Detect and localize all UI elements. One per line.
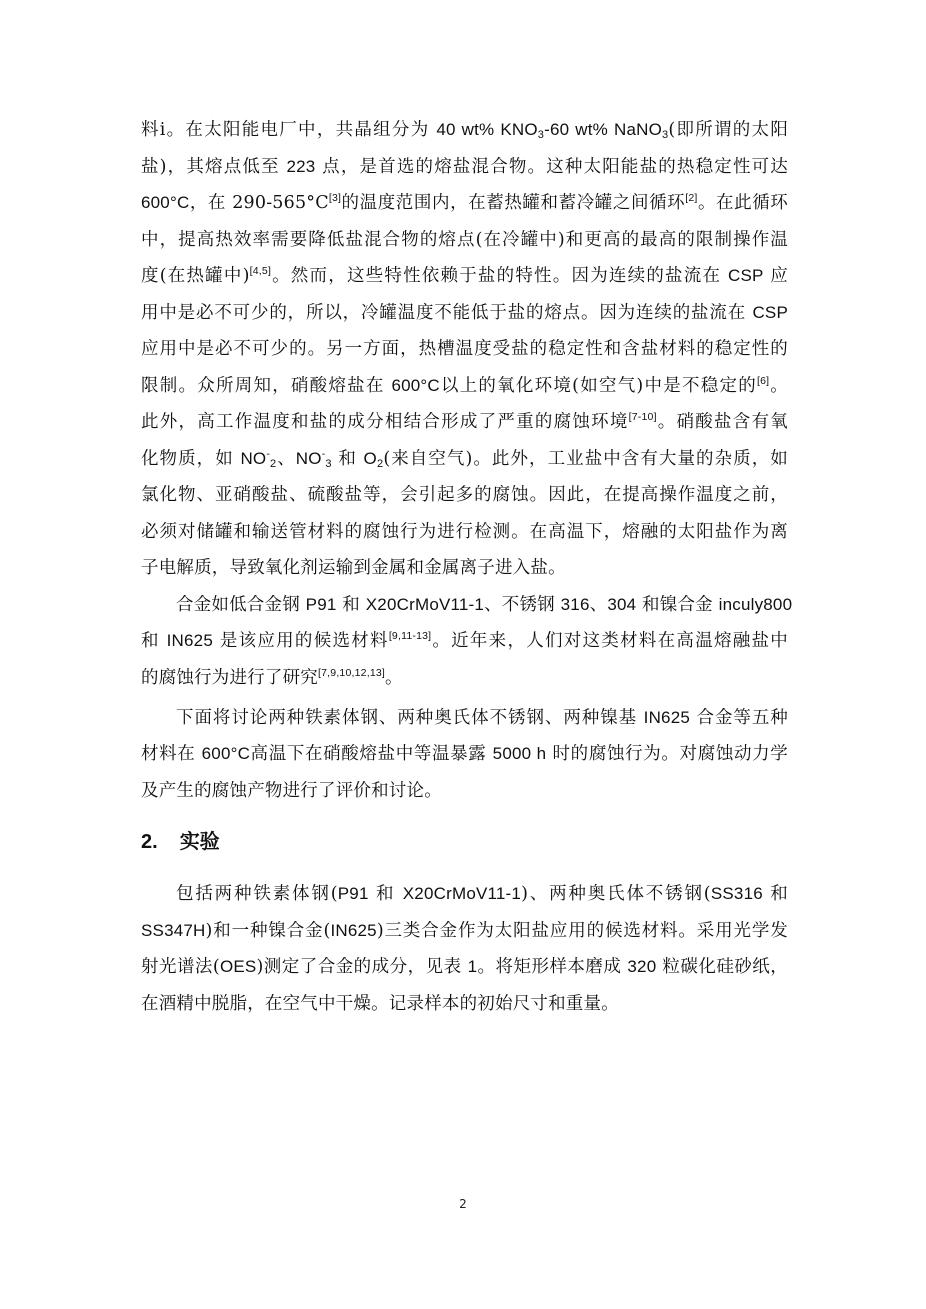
document-page: 料i。在太阳能电厂中，共晶组分为 40 wt% KNO3-60 wt% NaNO…: [0, 0, 926, 1309]
text-line: 限制。众所周知，硝酸熔盐在 600°C以上的氧化环境(如空气)中是不稳定的[6]…: [141, 371, 788, 401]
text-line: 料i。在太阳能电厂中，共晶组分为 40 wt% KNO3-60 wt% NaNO…: [141, 115, 788, 145]
text-line: 600°C，在 290-565°C[3]的温度范围内，在蓄热罐和蓄冷罐之间循环[…: [141, 188, 788, 218]
text-line: 度(在热罐中)[4,5]。然而，这些特性依赖于盐的特性。因为连续的盐流在 CSP…: [141, 261, 788, 291]
text-line: 此外，高工作温度和盐的成分相结合形成了严重的腐蚀环境[7-10]。硝酸盐含有氧: [141, 407, 788, 437]
text-line: 必须对储罐和输送管材料的腐蚀行为进行检测。在高温下，熔融的太阳盐作为离: [141, 517, 788, 547]
text-line: SS347H)和一种镍合金(IN625)三类合金作为太阳盐应用的候选材料。采用光…: [141, 916, 788, 946]
citation: [4,5]: [250, 265, 271, 277]
text-line: 的腐蚀行为进行了研究[7,9,10,12,13]。: [141, 663, 788, 693]
citation: [7-10]: [629, 411, 657, 423]
text-line: 包括两种铁素体钢(P91 和 X20CrMoV11-1)、两种奥氏体不锈钢(SS…: [176, 879, 788, 909]
page-number: 2: [0, 1197, 926, 1211]
citation: [3]: [329, 192, 341, 204]
text-line: 盐)，其熔点低至 223 点，是首选的熔盐混合物。这种太阳能盐的热稳定性可达: [141, 152, 788, 182]
section-heading: 2.实验: [141, 826, 220, 856]
citation: [2]: [685, 192, 697, 204]
text-line: 材料在 600°C高温下在硝酸熔盐中等温暴露 5000 h 时的腐蚀行为。对腐蚀…: [141, 739, 788, 769]
text-line: 射光谱法(OES)测定了合金的成分，见表 1。将矩形样本磨成 320 粒碳化硅砂…: [141, 952, 788, 982]
text-line: 在酒精中脱脂，在空气中干燥。记录样本的初始尺寸和重量。: [141, 989, 788, 1019]
citation: [7,9,10,12,13]: [318, 667, 385, 679]
text-line: 化物质，如 NO-2、NO-3 和 O2(来自空气)。此外，工业盐中含有大量的杂…: [141, 444, 788, 474]
section-number: 2.: [141, 831, 158, 853]
text-line: 氯化物、亚硝酸盐、硫酸盐等，会引起多的腐蚀。因此，在提高操作温度之前，: [141, 480, 788, 510]
text-line: 下面将讨论两种铁素体钢、两种奥氏体不锈钢、两种镍基 IN625 合金等五种: [176, 703, 788, 733]
text-line: 合金如低合金钢 P91 和 X20CrMoV11-1、不锈钢 316、304 和…: [176, 590, 788, 620]
text-line: 应用中是必不可少的。另一方面，热槽温度受盐的稳定性和含盐材料的稳定性的: [141, 334, 788, 364]
text-line: 中，提高热效率需要降低盐混合物的熔点(在冷罐中)和更高的最高的限制操作温: [141, 225, 788, 255]
text-line: 子电解质，导致氧化剂运输到金属和金属离子进入盐。: [141, 553, 788, 583]
text-line: 及产生的腐蚀产物进行了评价和讨论。: [141, 776, 788, 806]
section-title: 实验: [180, 829, 220, 853]
citation: [6]: [757, 375, 769, 387]
text-line: 和 IN625 是该应用的候选材料[9,11-13]。近年来，人们对这类材料在高…: [141, 626, 788, 656]
text-line: 用中是必不可少的，所以，冷罐温度不能低于盐的熔点。因为连续的盐流在 CSP: [141, 298, 788, 328]
citation: [9,11-13]: [389, 630, 431, 642]
